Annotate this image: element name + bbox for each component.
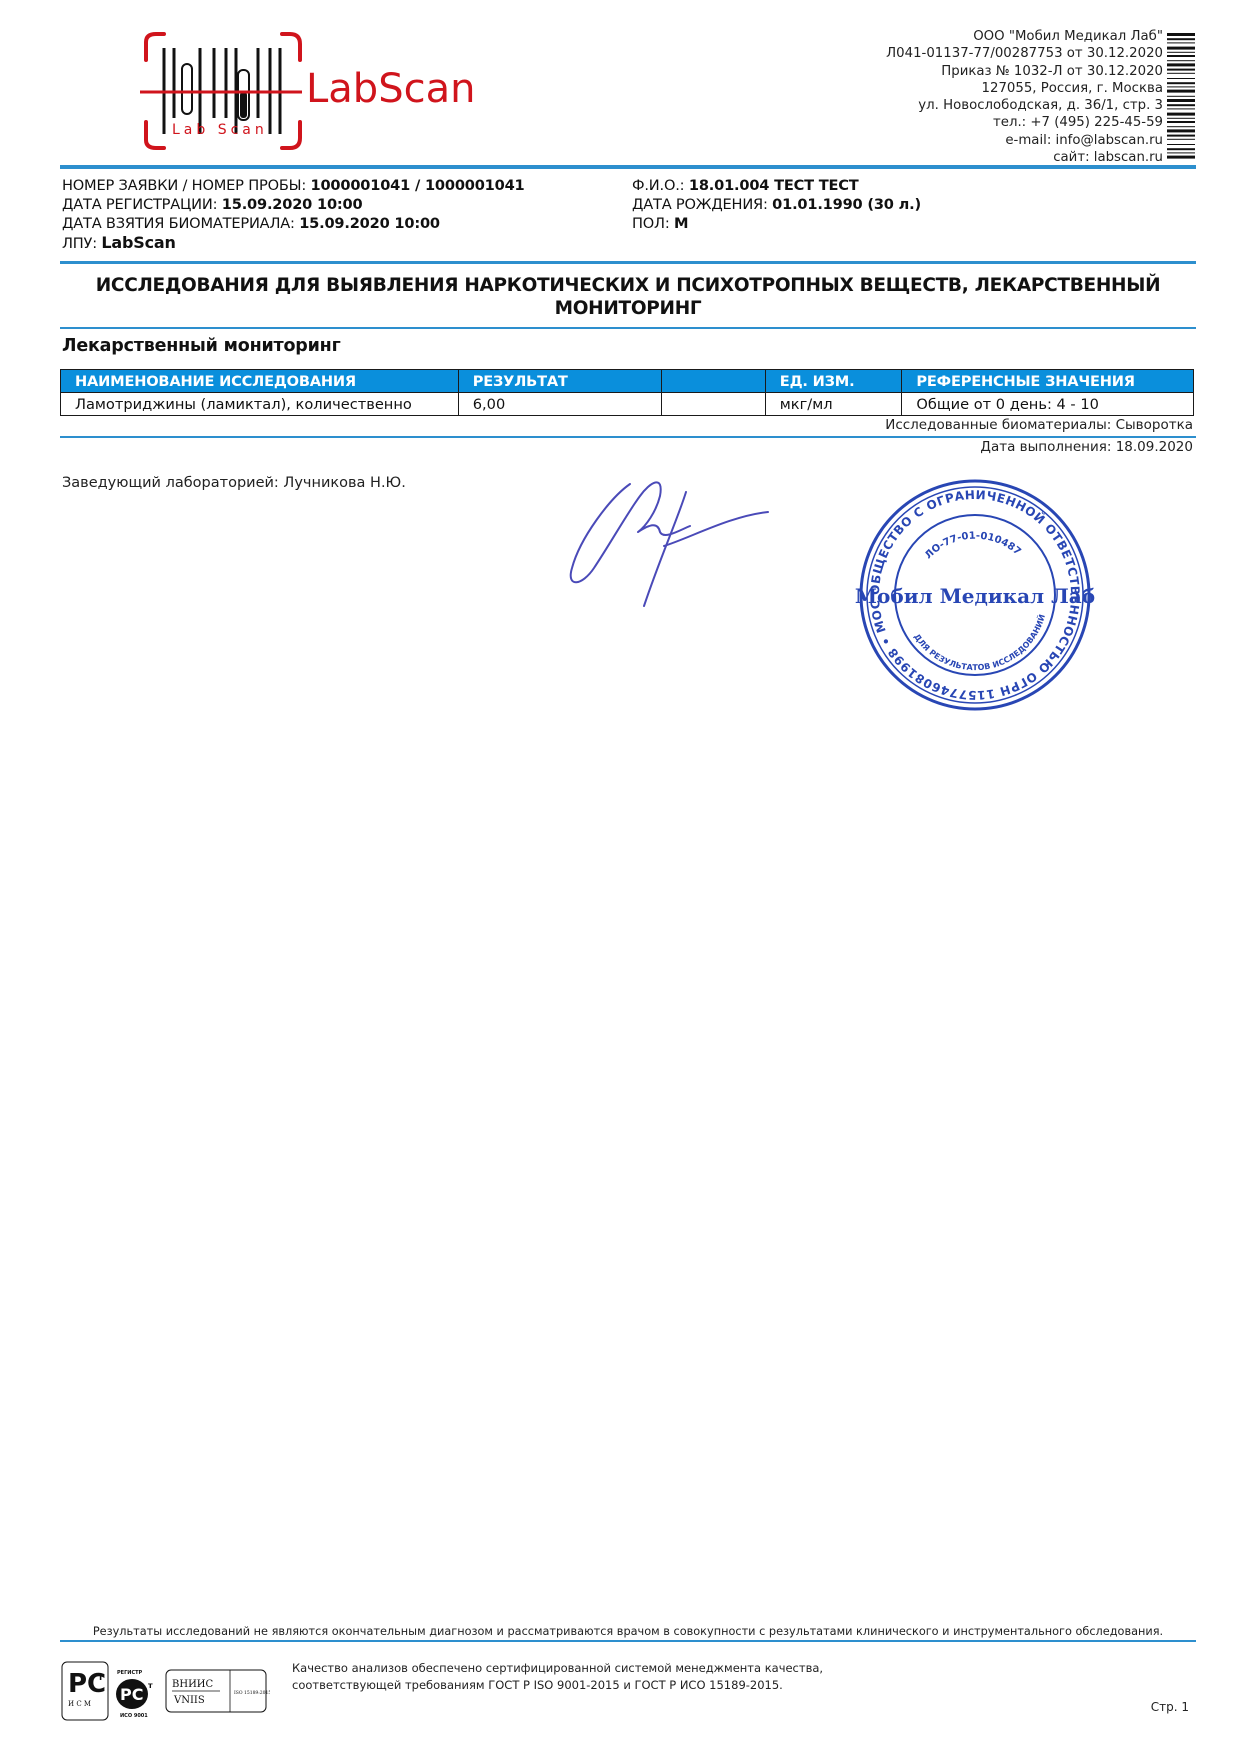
svg-text:РЕГИСТР: РЕГИСТР [117, 1670, 143, 1676]
quality-statement: Качество анализов обеспечено сертифициро… [292, 1660, 823, 1694]
company-line: Л041-01137-77/00287753 от 30.12.2020 [886, 45, 1163, 62]
vniis-logo-icon: ВНИИС VNIIS ISO 15189:2015 [166, 1670, 270, 1712]
biomaterial-divider [60, 436, 1196, 438]
header-test-name: НАИМЕНОВАНИЕ ИССЛЕДОВАНИЯ [61, 370, 459, 393]
svg-text:ИСО 9001: ИСО 9001 [120, 1713, 148, 1719]
header-unit: ЕД. ИЗМ. [765, 370, 902, 393]
header-divider [60, 165, 1196, 169]
test-reference: Общие от 0 день: 4 - 10 [902, 393, 1194, 416]
svg-text:ВНИИС: ВНИИС [172, 1679, 214, 1690]
test-name: Ламотриджины (ламиктал), количественно [61, 393, 459, 416]
patient-dob: 01.01.1990 (30 л.) [772, 196, 921, 213]
company-line: Приказ № 1032-Л от 30.12.2020 [886, 63, 1163, 80]
company-line: ул. Новослободская, д. 36/1, стр. 3 [886, 97, 1163, 114]
footer-divider [60, 1640, 1196, 1642]
svg-text:VNIIS: VNIIS [173, 1695, 205, 1706]
test-flag [662, 393, 766, 416]
page-number: Стр. 1 [1151, 1700, 1189, 1714]
svg-text:т: т [98, 1673, 104, 1683]
title-divider-top [60, 261, 1196, 264]
company-line: тел.: +7 (495) 225-45-59 [886, 114, 1163, 131]
test-result: 6,00 [458, 393, 661, 416]
section-title: Лекарственный мониторинг [62, 336, 341, 356]
svg-text:ISO 15189:2015: ISO 15189:2015 [234, 1690, 270, 1696]
company-line: ООО "Мобил Медикал Лаб" [886, 28, 1163, 45]
order-info: НОМЕР ЗАЯВКИ / НОМЕР ПРОБЫ: 1000001041 /… [62, 176, 525, 253]
test-unit: мкг/мл [765, 393, 902, 416]
execution-date: Дата выполнения: 18.09.2020 [980, 439, 1193, 455]
company-info: ООО "Мобил Медикал Лаб" Л041-01137-77/00… [886, 28, 1163, 166]
svg-text:т: т [148, 1681, 153, 1690]
svg-text:ЛО-77-01-010487: ЛО-77-01-010487 [923, 531, 1023, 562]
svg-text:РС: РС [120, 1685, 143, 1704]
page-title: ИССЛЕДОВАНИЯ ДЛЯ ВЫЯВЛЕНИЯ НАРКОТИЧЕСКИХ… [60, 274, 1196, 320]
results-table: НАИМЕНОВАНИЕ ИССЛЕДОВАНИЯ РЕЗУЛЬТАТ ЕД. … [60, 369, 1194, 416]
logo-inner-text: Lab Scan [172, 122, 268, 138]
lpu-value: LabScan [101, 233, 175, 252]
head-of-lab: Заведующий лабораторией: Лучникова Н.Ю. [62, 475, 406, 491]
svg-text:И С М: И С М [68, 1700, 91, 1708]
stamp-image: ОБЩЕСТВО С ОГРАНИЧЕННОЙ ОТВЕТСТВЕННОСТЬЮ… [855, 475, 1095, 715]
order-number: 1000001041 / 1000001041 [311, 177, 525, 194]
header-result: РЕЗУЛЬТАТ [458, 370, 661, 393]
rst-logo-icon: РС т И С М [62, 1662, 108, 1720]
registr-logo-icon: РЕГИСТР РС т ИСО 9001 [116, 1670, 153, 1719]
company-line: e-mail: info@labscan.ru [886, 132, 1163, 149]
patient-sex: М [674, 215, 688, 232]
title-divider-bottom [60, 327, 1196, 329]
barcode-icon [1167, 33, 1195, 161]
stamp-center: «Мобил Медикал Лаб» [855, 584, 1095, 608]
registration-date: 15.09.2020 10:00 [222, 196, 363, 213]
header-flag [662, 370, 766, 393]
table-header-row: НАИМЕНОВАНИЕ ИССЛЕДОВАНИЯ РЕЗУЛЬТАТ ЕД. … [61, 370, 1194, 393]
disclaimer: Результаты исследований не являются окон… [60, 1625, 1196, 1638]
company-line: 127055, Россия, г. Москва [886, 80, 1163, 97]
patient-name: 18.01.004 ТЕСТ ТЕСТ [689, 177, 859, 194]
stamp-license: ЛО-77-01-010487 [923, 531, 1023, 562]
logo-brand: LabScan [306, 66, 475, 112]
signature-image [560, 468, 790, 618]
certification-logos: РС т И С М РЕГИСТР РС т ИСО 9001 ВНИИС V… [60, 1660, 270, 1722]
table-row: Ламотриджины (ламиктал), количественно 6… [61, 393, 1194, 416]
labscan-logo: Lab Scan LabScan [134, 30, 514, 154]
collection-date: 15.09.2020 10:00 [299, 215, 440, 232]
biomaterial-note: Исследованные биоматериалы: Сыворотка [885, 417, 1193, 433]
header-reference: РЕФЕРЕНСНЫЕ ЗНАЧЕНИЯ [902, 370, 1194, 393]
patient-info: Ф.И.О.: 18.01.004 ТЕСТ ТЕСТ ДАТА РОЖДЕНИ… [632, 176, 921, 233]
company-line: сайт: labscan.ru [886, 149, 1163, 166]
